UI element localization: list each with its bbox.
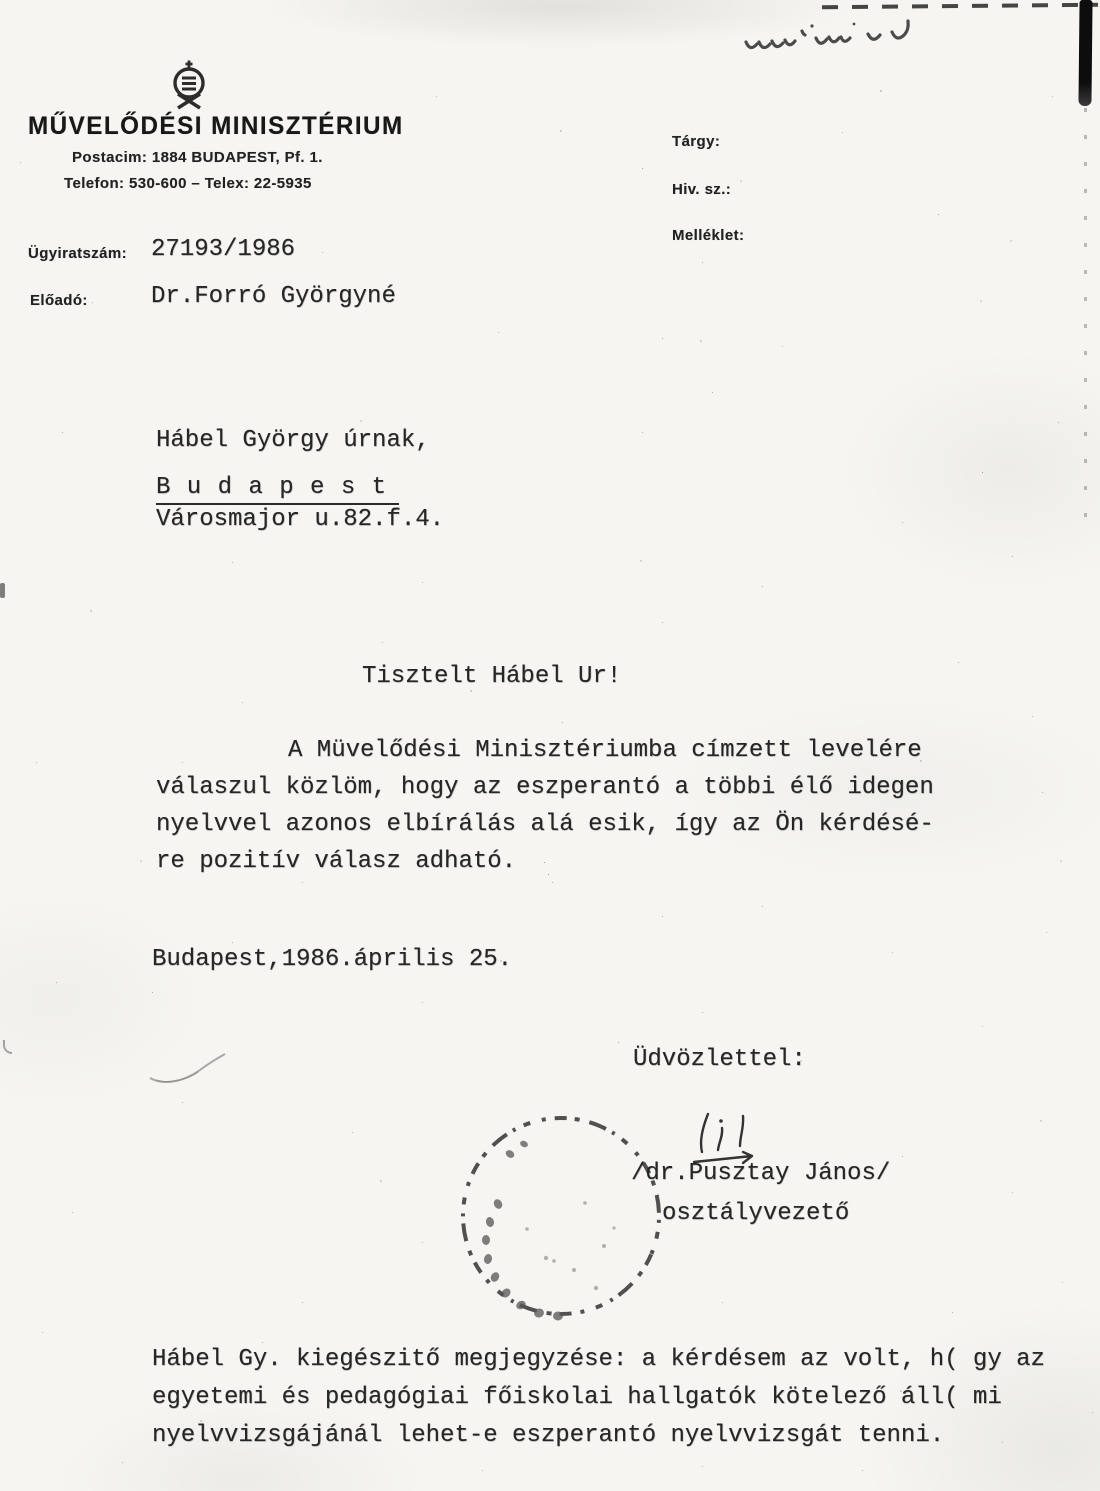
date-line: Budapest,1986.április 25.	[152, 948, 512, 972]
scan-top-dashed-line	[822, 3, 1098, 9]
clerk-label: Előadó:	[30, 293, 88, 308]
closing: Üdvözlettel:	[633, 1048, 806, 1072]
case-number-label: Ügyiratszám:	[28, 246, 127, 261]
paper-speckles-faint	[0, 0, 2, 2]
recipient-address: Városmajor u.82.f.4.	[156, 508, 444, 532]
body-line: nyelvvel azonos elbírálás alá esik, így …	[156, 813, 934, 837]
subject-label: Tárgy:	[672, 134, 720, 149]
body-line: válaszul közlöm, hogy az eszperantó a tö…	[156, 776, 934, 800]
signer-name: /dr.Pusztay János/	[631, 1162, 890, 1186]
scan-left-edge-hook	[3, 1040, 12, 1054]
pen-stroke	[146, 1050, 230, 1090]
letterhead-postal-line: Postacim: 1884 BUDAPEST, Pf. 1.	[72, 150, 323, 165]
case-number-value: 27193/1986	[151, 238, 295, 262]
body-line: A Müvelődési Minisztériumba címzett leve…	[288, 739, 922, 763]
annotation-line: egyetemi és pedagógiai főiskolai hallgat…	[152, 1386, 1002, 1410]
clerk-name: Dr.Forró Györgyné	[151, 285, 396, 309]
signer-title: osztályvezető	[662, 1202, 849, 1226]
ministry-name: MŰVELŐDÉSI MINISZTÉRIUM	[28, 112, 404, 141]
recipient-name: Hábel György úrnak,	[156, 429, 430, 453]
scan-left-edge-mark	[0, 583, 5, 598]
attachment-label: Melléklet:	[672, 228, 744, 243]
ministry-emblem-icon	[162, 58, 216, 112]
scan-right-edge-bar	[1078, 0, 1092, 106]
scan-right-edge-dots	[1084, 108, 1087, 538]
salutation: Tisztelt Hábel Ur!	[362, 665, 621, 689]
reference-number-label: Hiv. sz.:	[672, 182, 731, 197]
recipient-city-underlined: B u d a p e s t	[156, 474, 399, 505]
annotation-line: nyelvvizsgájánál lehet-e eszperantó nyel…	[152, 1424, 944, 1448]
body-line: re pozitív válasz adható.	[156, 850, 516, 874]
annotation-line: Hábel Gy. kiegészitő megjegyzése: a kérd…	[152, 1348, 1045, 1372]
scanned-letter-page: MŰVELŐDÉSI MINISZTÉRIUM Postacim: 1884 B…	[0, 0, 1100, 1491]
round-stamp-icon	[454, 1108, 668, 1322]
handwriting-smudge	[742, 14, 942, 62]
letterhead-phone-line: Telefon: 530-600 – Telex: 22-5935	[64, 176, 312, 191]
recipient-city: B u d a p e s t	[156, 476, 399, 500]
